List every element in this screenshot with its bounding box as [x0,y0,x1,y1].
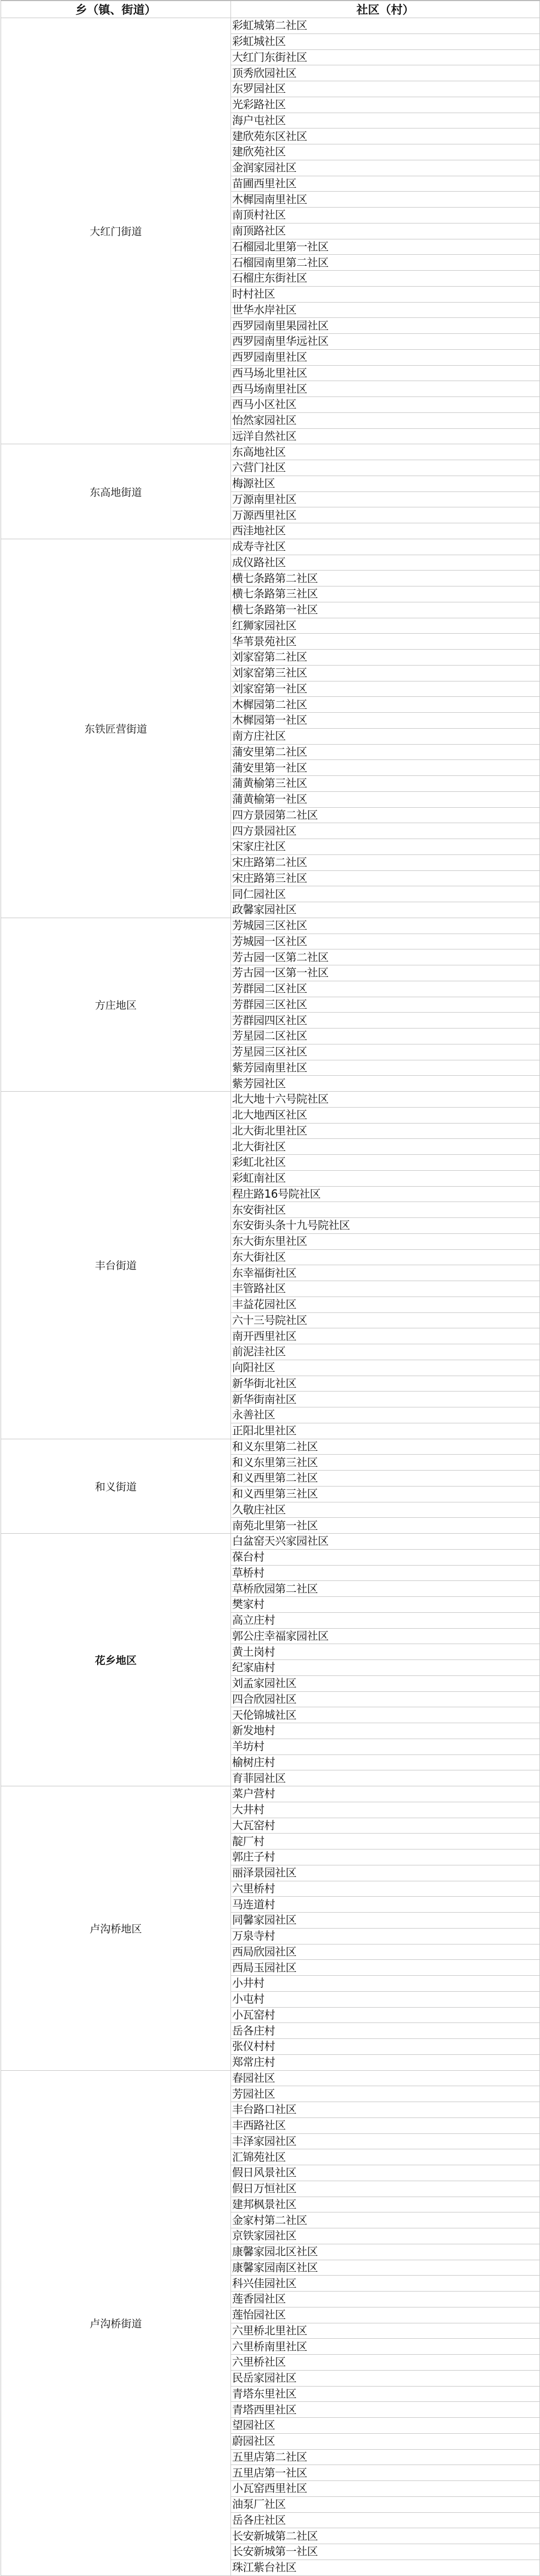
community-cell: 草桥村 [231,1565,540,1581]
community-cell: 成仪路社区 [231,555,540,571]
community-cell: 万源南里社区 [231,491,540,507]
community-cell: 成寿寺社区 [231,539,540,555]
community-cell: 横七条路第一社区 [231,602,540,618]
community-cell: 天伦锦城社区 [231,1707,540,1723]
community-cell: 光彩路社区 [231,97,540,113]
community-cell: 正阳北里社区 [231,1423,540,1439]
community-cell: 东大街社区 [231,1249,540,1265]
community-table: 乡（镇、街道） 社区（村） 大红门街道彩虹城第二社区彩虹城社区大红门东街社区顶秀… [1,0,540,2576]
town-cell: 丰台街道 [1,1092,231,1439]
community-cell: 岳各庄社区 [231,2512,540,2528]
community-cell: 京铁家园社区 [231,2228,540,2244]
community-cell: 新发地村 [231,1723,540,1739]
community-cell: 马连道村 [231,1897,540,1913]
community-cell: 小瓦窑村 [231,2007,540,2023]
community-cell: 石榴庄东街社区 [231,271,540,287]
community-cell: 彩虹南社区 [231,1170,540,1186]
community-cell: 纪家庙村 [231,1660,540,1676]
community-cell: 新华街北社区 [231,1376,540,1392]
community-cell: 西罗园南里果园社区 [231,318,540,334]
table-row: 卢沟桥地区菜户营村 [1,1786,540,1802]
community-cell: 东高地社区 [231,444,540,460]
community-cell: 万泉寺村 [231,1928,540,1944]
community-cell: 和义西里第二社区 [231,1471,540,1487]
community-cell: 西罗园南里华远社区 [231,334,540,350]
table-row: 花乡地区白盆窑天兴家园社区 [1,1534,540,1550]
community-cell: 顶秀欣园社区 [231,65,540,81]
community-cell: 莲香园社区 [231,2292,540,2307]
community-cell: 和义西里第三社区 [231,1486,540,1502]
community-cell: 彩虹城社区 [231,33,540,49]
community-cell: 康馨家园北区社区 [231,2244,540,2260]
community-cell: 华苇景苑社区 [231,634,540,650]
community-cell: 万源西里社区 [231,507,540,523]
community-cell: 芳星园二区社区 [231,1029,540,1044]
community-cell: 黄土岗村 [231,1644,540,1660]
community-cell: 西局欣园社区 [231,1944,540,1960]
community-cell: 红狮家园社区 [231,618,540,634]
community-cell: 东大街东里社区 [231,1233,540,1249]
community-cell: 郭庄子村 [231,1849,540,1865]
table-body: 大红门街道彩虹城第二社区彩虹城社区大红门东街社区顶秀欣园社区东罗园社区光彩路社区… [1,18,540,2576]
community-cell: 和义东里第三社区 [231,1455,540,1471]
community-cell: 政馨家园社区 [231,902,540,918]
community-cell: 小瓦窑西里社区 [231,2481,540,2497]
community-cell: 芳群园二区社区 [231,981,540,997]
community-cell: 刘家窑第一社区 [231,681,540,697]
community-cell: 榆树庄村 [231,1754,540,1770]
table-row: 大红门街道彩虹城第二社区 [1,18,540,34]
community-cell: 假日万恒社区 [231,2181,540,2197]
community-cell: 金润家园社区 [231,160,540,176]
community-cell: 六里桥北里社区 [231,2323,540,2339]
community-cell: 西局玉园社区 [231,1960,540,1976]
community-cell: 怡然家园社区 [231,412,540,428]
community-cell: 五里店第一社区 [231,2465,540,2481]
community-cell: 育菲园社区 [231,1770,540,1786]
community-cell: 望园社区 [231,2418,540,2434]
town-cell: 东铁匠营街道 [1,539,231,918]
community-cell: 长安新城第二社区 [231,2528,540,2544]
community-cell: 向阳社区 [231,1360,540,1376]
town-cell: 和义街道 [1,1439,231,1534]
community-cell: 和义东里第二社区 [231,1439,540,1455]
community-cell: 五里店第二社区 [231,2449,540,2465]
town-cell: 东高地街道 [1,444,231,539]
table-row: 东高地街道东高地社区 [1,444,540,460]
community-cell: 新华街南社区 [231,1392,540,1407]
community-cell: 草桥欣园第二社区 [231,1581,540,1597]
community-cell: 芳群园三区社区 [231,997,540,1013]
community-cell: 南开西里社区 [231,1328,540,1344]
community-cell: 紫芳园南里社区 [231,1060,540,1076]
community-cell: 葆台村 [231,1549,540,1565]
community-cell: 科兴佳园社区 [231,2276,540,2292]
header-row: 乡（镇、街道） 社区（村） [1,1,540,18]
community-cell: 芳城园一区社区 [231,934,540,949]
community-cell: 六十三号院社区 [231,1312,540,1328]
community-cell: 南苑北里第一社区 [231,1518,540,1534]
community-cell: 青塔西里社区 [231,2402,540,2418]
community-cell: 程庄路16号院社区 [231,1186,540,1202]
community-cell: 远洋自然社区 [231,428,540,444]
community-cell: 丰台路口社区 [231,2102,540,2118]
table-row: 东铁匠营街道成寿寺社区 [1,539,540,555]
community-cell: 东罗园社区 [231,81,540,97]
community-cell: 大红门东街社区 [231,49,540,65]
community-cell: 东安街社区 [231,1202,540,1218]
community-cell: 四合欣园社区 [231,1691,540,1707]
community-cell: 春园社区 [231,2070,540,2086]
community-cell: 西洼地社区 [231,523,540,539]
town-cell: 花乡地区 [1,1534,231,1786]
community-cell: 大井村 [231,1802,540,1818]
community-cell: 莲怡园社区 [231,2307,540,2323]
table-row: 方庄地区芳城园三区社区 [1,918,540,934]
town-cell: 方庄地区 [1,918,231,1091]
community-cell: 金家村第二社区 [231,2212,540,2228]
community-cell: 梅源社区 [231,476,540,491]
community-cell: 大瓦窑村 [231,1818,540,1834]
community-cell: 木樨园第一社区 [231,713,540,729]
community-cell: 油泵厂社区 [231,2496,540,2512]
community-cell: 宋家庄社区 [231,839,540,855]
community-cell: 蒲黄榆第一社区 [231,791,540,807]
community-cell: 小井村 [231,1976,540,1992]
community-cell: 郑常庄村 [231,2054,540,2070]
community-cell: 芳群园四区社区 [231,1013,540,1029]
community-cell: 南顶村社区 [231,208,540,223]
community-cell: 张仪村村 [231,2039,540,2055]
header-town: 乡（镇、街道） [1,1,231,18]
community-cell: 青塔东里社区 [231,2386,540,2402]
table-row: 卢沟桥街道春园社区 [1,2070,540,2086]
table-row: 丰台街道北大地十六号院社区 [1,1092,540,1108]
community-cell: 六营门社区 [231,460,540,476]
community-cell: 蒲黄榆第三社区 [231,776,540,792]
community-cell: 木樨园第二社区 [231,697,540,713]
community-cell: 南方庄社区 [231,728,540,744]
community-cell: 四方景园社区 [231,823,540,839]
header-community: 社区（村） [231,1,540,18]
community-cell: 建邦枫景社区 [231,2197,540,2212]
community-cell: 小屯村 [231,1991,540,2007]
community-cell: 海户屯社区 [231,113,540,128]
community-cell: 东幸福街社区 [231,1265,540,1281]
community-cell: 蒲安里第一社区 [231,760,540,776]
community-cell: 樊家村 [231,1597,540,1613]
community-cell: 同仁园社区 [231,886,540,902]
community-cell: 木樨园南里社区 [231,192,540,208]
community-cell: 丰管路社区 [231,1281,540,1297]
town-cell: 卢沟桥街道 [1,2070,231,2575]
community-cell: 刘家窑第三社区 [231,665,540,681]
community-cell: 康馨家园南区社区 [231,2260,540,2276]
community-cell: 岳各庄村 [231,2023,540,2039]
community-cell: 石榴园北里第一社区 [231,239,540,255]
community-cell: 紫芳园社区 [231,1076,540,1092]
community-cell: 刘家窑第二社区 [231,650,540,666]
community-cell: 菜户营村 [231,1786,540,1802]
community-cell: 芳古园一区第二社区 [231,949,540,965]
community-cell: 东安街头条十九号院社区 [231,1218,540,1234]
community-cell: 建欣苑东区社区 [231,128,540,144]
community-cell: 横七条路第二社区 [231,571,540,586]
community-cell: 宋庄路第二社区 [231,854,540,870]
community-cell: 彩虹城第二社区 [231,18,540,34]
community-cell: 六里桥村 [231,1881,540,1897]
community-cell: 白盆窑天兴家园社区 [231,1534,540,1550]
community-cell: 南顶路社区 [231,223,540,239]
community-cell: 芳园社区 [231,2086,540,2102]
community-cell: 横七条路第三社区 [231,586,540,602]
community-cell: 六里桥南里社区 [231,2339,540,2355]
community-cell: 苗圃西里社区 [231,176,540,192]
community-cell: 长安新城第一社区 [231,2544,540,2560]
community-cell: 北大街社区 [231,1139,540,1155]
community-cell: 西马场北里社区 [231,365,540,381]
community-cell: 芳星园三区社区 [231,1044,540,1060]
table-row: 和义街道和义东里第二社区 [1,1439,540,1455]
community-cell: 北大地西区社区 [231,1107,540,1123]
community-cell: 汇锦苑社区 [231,2149,540,2165]
community-cell: 芳古园一区第一社区 [231,965,540,981]
community-cell: 建欣苑社区 [231,144,540,160]
community-cell: 石榴园南里第二社区 [231,255,540,271]
community-cell: 丰泽家园社区 [231,2133,540,2149]
community-cell: 北大街北里社区 [231,1123,540,1139]
town-cell: 卢沟桥地区 [1,1786,231,2071]
community-cell: 四方景园第二社区 [231,807,540,823]
community-cell: 郭公庄幸福家园社区 [231,1628,540,1644]
community-cell: 宋庄路第三社区 [231,870,540,886]
community-cell: 西罗园南里社区 [231,349,540,365]
community-cell: 丰益花园社区 [231,1297,540,1312]
community-cell: 前泥洼社区 [231,1344,540,1360]
community-cell: 西马场南里社区 [231,381,540,397]
community-cell: 丰西路社区 [231,2117,540,2133]
community-cell: 世华水岸社区 [231,302,540,318]
community-cell: 刘孟家园社区 [231,1675,540,1691]
community-cell: 蒲安里第二社区 [231,744,540,760]
community-cell: 蔚园社区 [231,2433,540,2449]
community-cell: 民岳家园社区 [231,2370,540,2386]
community-cell: 丽泽景园社区 [231,1865,540,1881]
community-cell: 芳城园三区社区 [231,918,540,934]
community-cell: 北大地十六号院社区 [231,1092,540,1108]
community-cell: 西马小区社区 [231,397,540,413]
community-cell: 永善社区 [231,1407,540,1423]
community-cell: 六里桥社区 [231,2355,540,2371]
town-cell: 大红门街道 [1,18,231,444]
community-cell: 时村社区 [231,286,540,302]
community-cell: 同馨家园社区 [231,1913,540,1929]
community-cell: 高立庄村 [231,1612,540,1628]
community-cell: 久敬庄社区 [231,1502,540,1518]
community-cell: 羊坊村 [231,1739,540,1754]
community-cell: 靛厂村 [231,1834,540,1849]
community-cell: 彩虹北社区 [231,1155,540,1171]
community-cell: 假日风景社区 [231,2165,540,2181]
